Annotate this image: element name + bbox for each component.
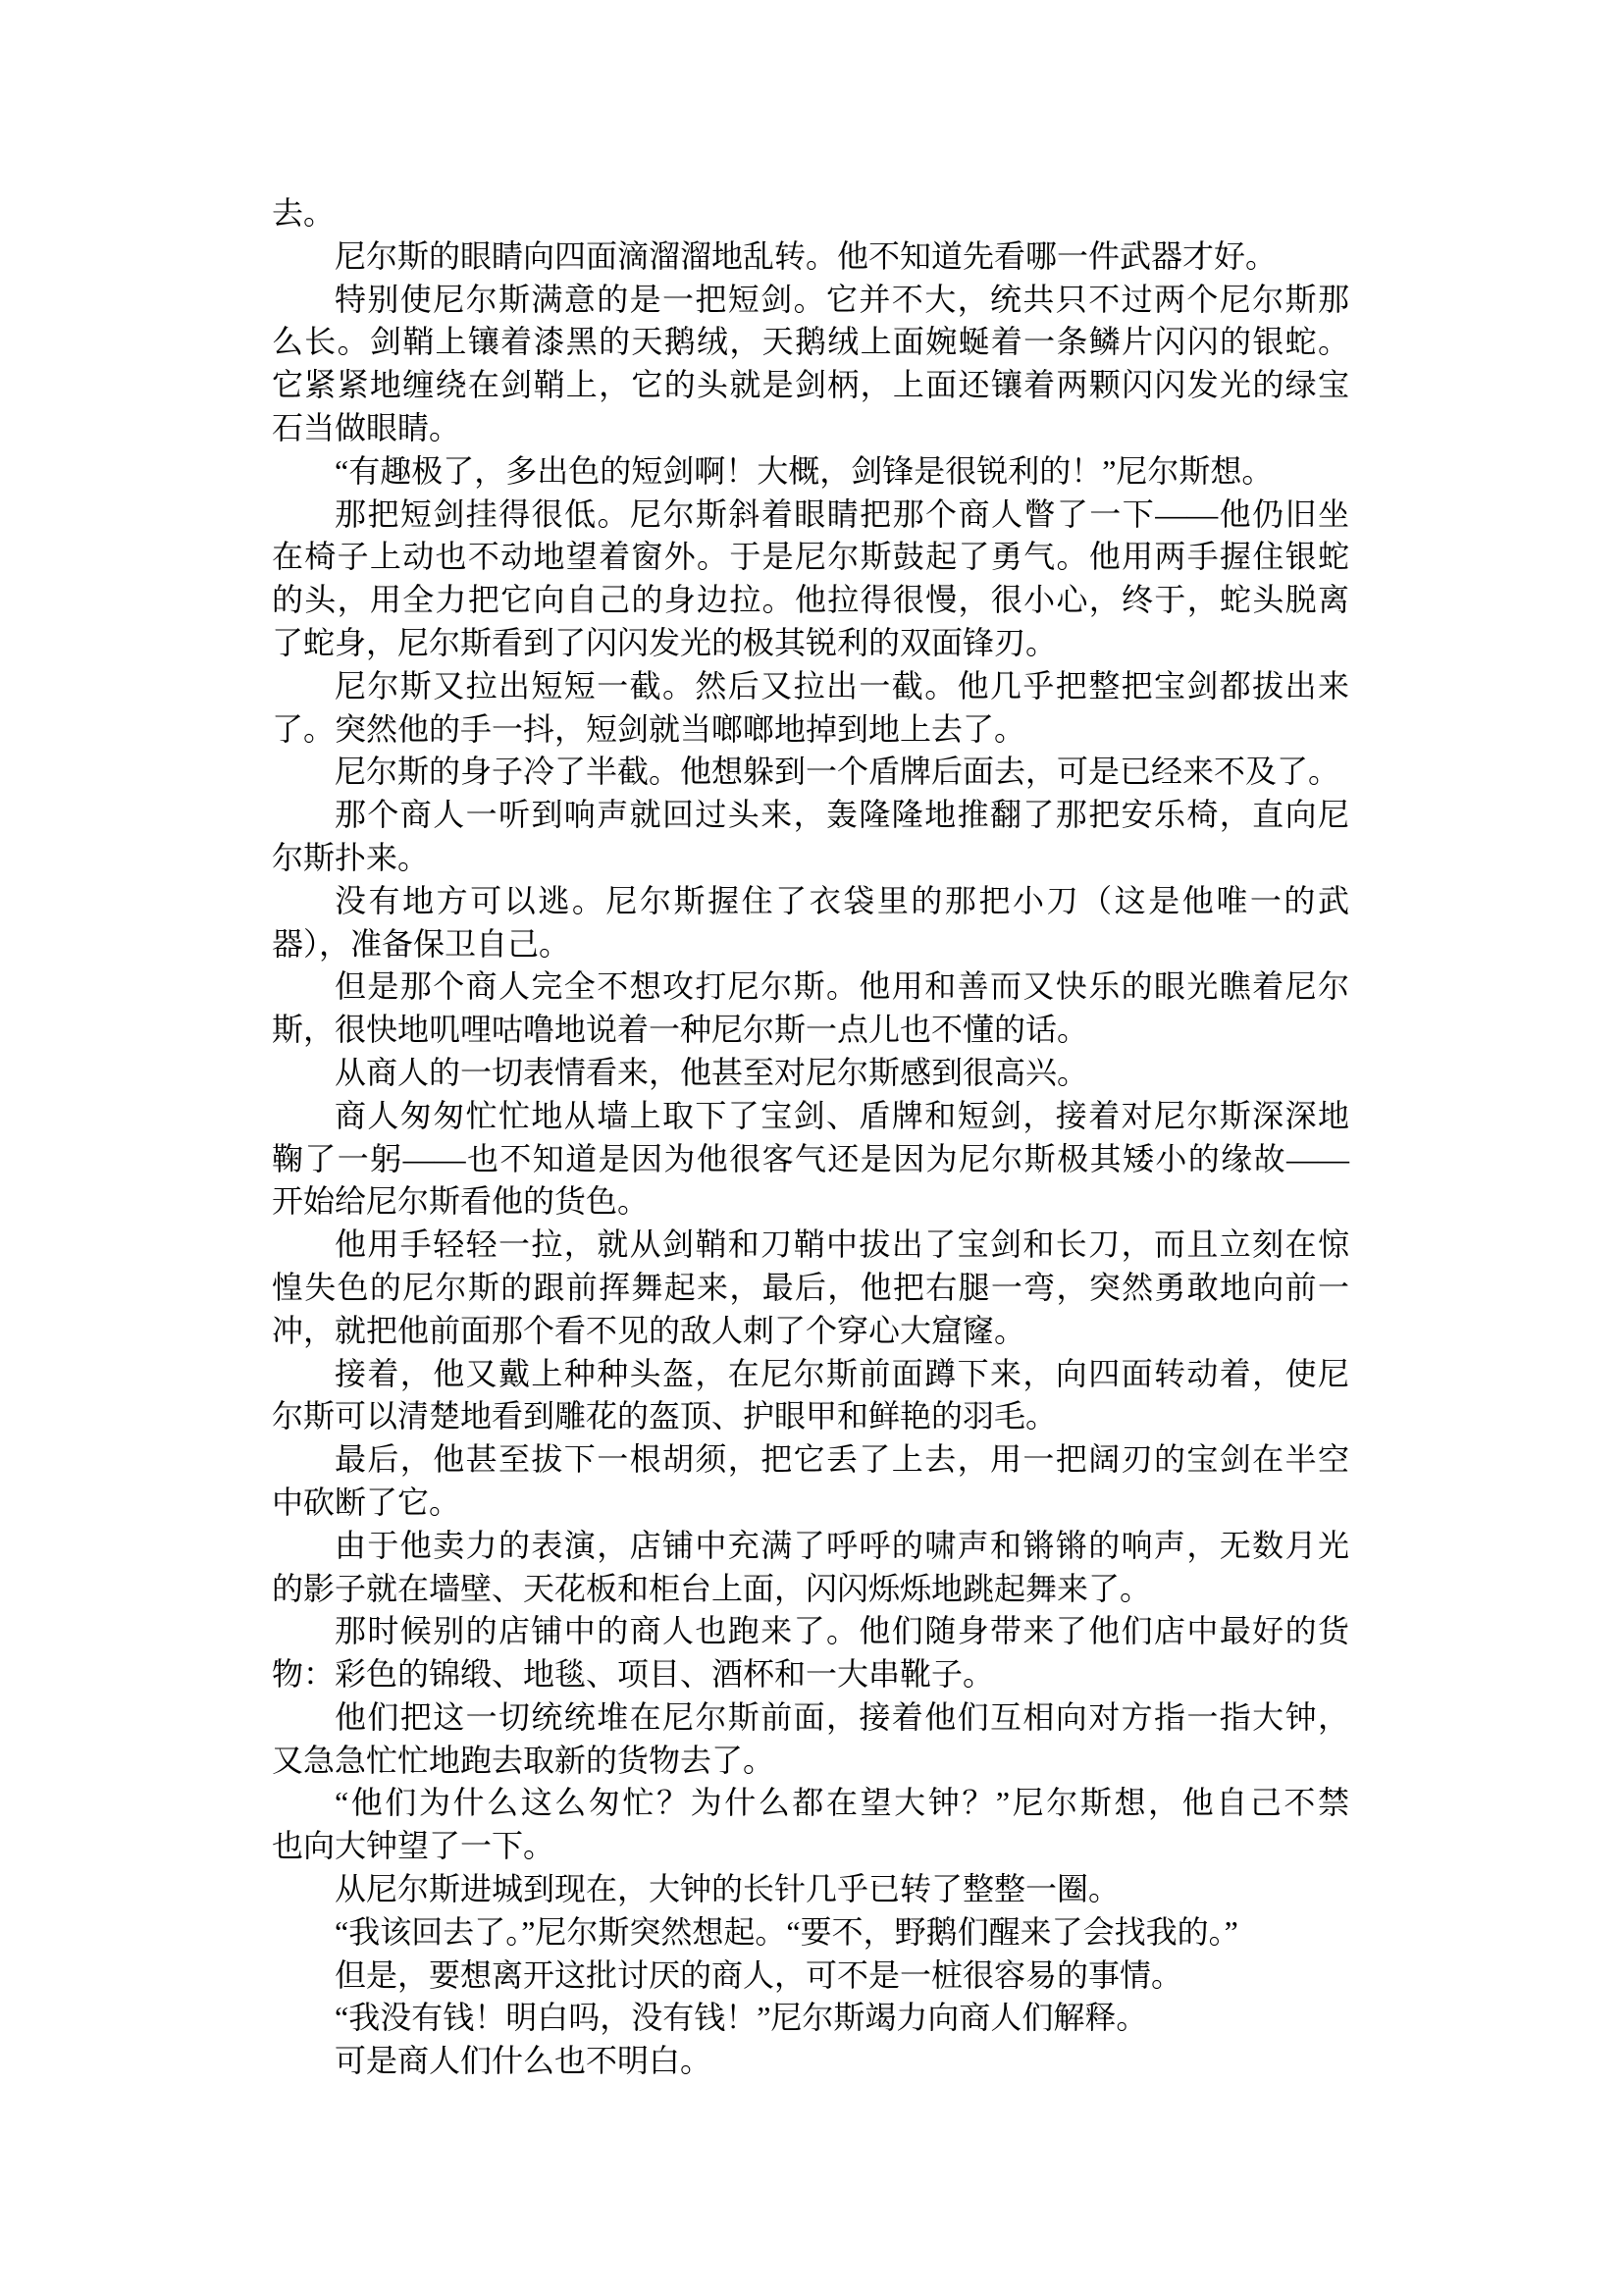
text-line: 可是商人们什么也不明白。: [272, 2040, 1349, 2083]
text-line: 由于他卖力的表演，店铺中充满了呼呼的啸声和锵锵的响声，无数月光: [272, 1525, 1349, 1568]
text-line: 也向大钟望了一下。: [272, 1825, 1349, 1868]
text-line: 从尼尔斯进城到现在，大钟的长针几乎已转了整整一圈。: [272, 1868, 1349, 1911]
document-page: 去。尼尔斯的眼睛向四面滴溜溜地乱转。他不知道先看哪一件武器才好。特别使尼尔斯满意…: [0, 0, 1624, 2294]
text-line: 从商人的一切表情看来，他甚至对尼尔斯感到很高兴。: [272, 1052, 1349, 1095]
text-line: 尔斯可以清楚地看到雕花的盔顶、护眼甲和鲜艳的羽毛。: [272, 1395, 1349, 1438]
text-line: 没有地方可以逃。尼尔斯握住了衣袋里的那把小刀（这是他唯一的武: [272, 880, 1349, 923]
text-line: 它紧紧地缠绕在剑鞘上，它的头就是剑柄，上面还镶着两颗闪闪发光的绿宝: [272, 364, 1349, 407]
text-line: 去。: [272, 192, 1349, 235]
text-line: 又急急忙忙地跑去取新的货物去了。: [272, 1740, 1349, 1783]
text-line: 鞠了一躬——也不知道是因为他很客气还是因为尼尔斯极其矮小的缘故——: [272, 1138, 1349, 1181]
text-line: 的头，用全力把它向自己的身边拉。他拉得很慢，很小心，终于，蛇头脱离: [272, 579, 1349, 622]
text-line: 那把短剑挂得很低。尼尔斯斜着眼睛把那个商人瞥了一下——他仍旧坐: [272, 494, 1349, 537]
text-line: 的影子就在墙壁、天花板和柜台上面，闪闪烁烁地跳起舞来了。: [272, 1568, 1349, 1611]
text-line: “有趣极了，多出色的短剑啊！大概，剑锋是很锐利的！”尼尔斯想。: [272, 450, 1349, 494]
text-line: 开始给尼尔斯看他的货色。: [272, 1180, 1349, 1224]
text-line: 但是，要想离开这批讨厌的商人，可不是一桩很容易的事情。: [272, 1955, 1349, 1998]
text-block: 去。尼尔斯的眼睛向四面滴溜溜地乱转。他不知道先看哪一件武器才好。特别使尼尔斯满意…: [272, 192, 1349, 2083]
text-line: 器），准备保卫自己。: [272, 923, 1349, 966]
text-line: 那个商人一听到响声就回过头来，轰隆隆地推翻了那把安乐椅，直向尼: [272, 794, 1349, 837]
text-line: 接着，他又戴上种种头盔，在尼尔斯前面蹲下来，向四面转动着，使尼: [272, 1353, 1349, 1396]
text-line: 他用手轻轻一拉，就从剑鞘和刀鞘中拔出了宝剑和长刀，而且立刻在惊: [272, 1224, 1349, 1267]
text-line: “我该回去了。”尼尔斯突然想起。“要不，野鹅们醒来了会找我的。”: [272, 1911, 1349, 1955]
text-line: 石当做眼睛。: [272, 407, 1349, 450]
text-line: “我没有钱！明白吗，没有钱！”尼尔斯竭力向商人们解释。: [272, 1997, 1349, 2040]
text-line: 斯，很快地叽哩咕噜地说着一种尼尔斯一点儿也不懂的话。: [272, 1009, 1349, 1052]
text-line: 那时候别的店铺中的商人也跑来了。他们随身带来了他们店中最好的货: [272, 1610, 1349, 1653]
text-line: 但是那个商人完全不想攻打尼尔斯。他用和善而又快乐的眼光瞧着尼尔: [272, 965, 1349, 1009]
text-line: 特别使尼尔斯满意的是一把短剑。它并不大，统共只不过两个尼尔斯那: [272, 279, 1349, 322]
text-line: 商人匆匆忙忙地从墙上取下了宝剑、盾牌和短剑，接着对尼尔斯深深地: [272, 1095, 1349, 1138]
text-line: 中砍断了它。: [272, 1482, 1349, 1525]
text-line: 么长。剑鞘上镶着漆黑的天鹅绒，天鹅绒上面婉蜒着一条鳞片闪闪的银蛇。: [272, 321, 1349, 364]
text-line: 尼尔斯又拉出短短一截。然后又拉出一截。他几乎把整把宝剑都拔出来: [272, 665, 1349, 708]
text-line: 物：彩色的锦缎、地毯、项目、酒杯和一大串靴子。: [272, 1653, 1349, 1696]
text-line: 他们把这一切统统堆在尼尔斯前面，接着他们互相向对方指一指大钟，: [272, 1696, 1349, 1740]
text-line: 在椅子上动也不动地望着窗外。于是尼尔斯鼓起了勇气。他用两手握住银蛇: [272, 536, 1349, 579]
text-line: 了。突然他的手一抖，短剑就当啷啷地掉到地上去了。: [272, 708, 1349, 752]
text-line: 尔斯扑来。: [272, 837, 1349, 880]
text-line: 尼尔斯的身子冷了半截。他想躲到一个盾牌后面去，可是已经来不及了。: [272, 751, 1349, 794]
text-line: 冲，就把他前面那个看不见的敌人刺了个穿心大窟窿。: [272, 1310, 1349, 1353]
text-line: “他们为什么这么匆忙？为什么都在望大钟？”尼尔斯想，他自己不禁: [272, 1782, 1349, 1825]
text-line: 了蛇身，尼尔斯看到了闪闪发光的极其锐利的双面锋刃。: [272, 622, 1349, 665]
text-line: 惶失色的尼尔斯的跟前挥舞起来，最后，他把右腿一弯，突然勇敢地向前一: [272, 1267, 1349, 1310]
text-line: 尼尔斯的眼睛向四面滴溜溜地乱转。他不知道先看哪一件武器才好。: [272, 235, 1349, 279]
text-line: 最后，他甚至拔下一根胡须，把它丢了上去，用一把阔刃的宝剑在半空: [272, 1438, 1349, 1482]
